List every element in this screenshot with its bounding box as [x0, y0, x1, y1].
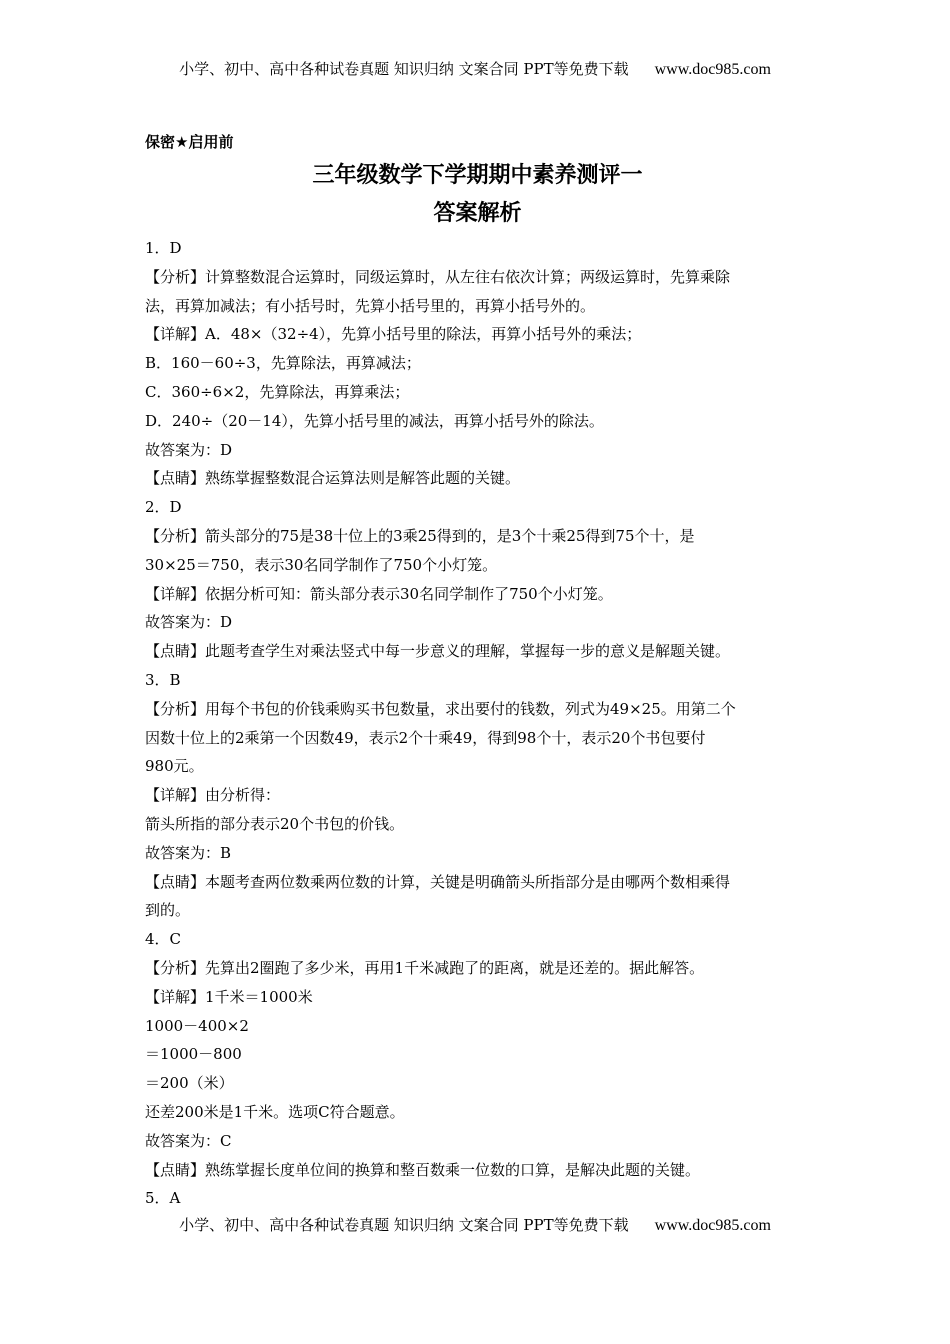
footer-banner: 小学、初中、高中各种试卷真题 知识归纳 文案合同 PPT等免费下载: [179, 1216, 629, 1234]
text-line: 【点睛】熟练掌握整数混合运算法则是解答此题的关键。: [145, 464, 810, 493]
header-site-link[interactable]: www.doc985.com: [655, 61, 771, 78]
text-line: 3．B: [145, 666, 810, 695]
footer-site-link[interactable]: www.doc985.com: [655, 1217, 771, 1234]
page-footer: 小学、初中、高中各种试卷真题 知识归纳 文案合同 PPT等免费下载www.doc…: [0, 1214, 950, 1235]
text-line: 【分析】箭头部分的75是38十位上的3乘25得到的，是3个十乘25得到75个十，…: [145, 522, 810, 551]
text-line: 980元。: [145, 752, 810, 781]
text-line: 1．D: [145, 234, 810, 263]
text-line: ＝200（米）: [145, 1069, 810, 1098]
text-line: 【点睛】本题考查两位数乘两位数的计算，关键是明确箭头所指部分是由哪两个数相乘得: [145, 868, 810, 897]
text-line: 30×25＝750，表示30名同学制作了750个小灯笼。: [145, 551, 810, 580]
text-line: B．160－60÷3，先算除法，再算减法；: [145, 349, 810, 378]
document-title: 三年级数学下学期期中素养测评一: [145, 158, 810, 194]
text-line: 故答案为：B: [145, 839, 810, 868]
secret-label: 保密★启用前: [145, 130, 810, 154]
text-line: 【点睛】熟练掌握长度单位间的换算和整百数乘一位数的口算，是解决此题的关键。: [145, 1156, 810, 1185]
text-line: 【分析】用每个书包的价钱乘购买书包数量，求出要付的钱数，列式为49×25。用第二…: [145, 695, 810, 724]
text-line: 故答案为：D: [145, 608, 810, 637]
text-line: 2．D: [145, 493, 810, 522]
text-line: 因数十位上的2乘第一个因数49，表示2个十乘49，得到98个十，表示20个书包要…: [145, 724, 810, 753]
header-banner: 小学、初中、高中各种试卷真题 知识归纳 文案合同 PPT等免费下载: [179, 60, 629, 78]
document-subtitle: 答案解析: [145, 194, 810, 234]
text-line: 【详解】A．48×（32÷4），先算小括号里的除法，再算小括号外的乘法；: [145, 320, 810, 349]
text-line: 箭头所指的部分表示20个书包的价钱。: [145, 810, 810, 839]
text-line: 故答案为：D: [145, 436, 810, 465]
text-line: 故答案为：C: [145, 1127, 810, 1156]
answer-lines: 1．D【分析】计算整数混合运算时，同级运算时，从左往右依次计算；两级运算时，先算…: [145, 234, 810, 1213]
text-line: 【分析】先算出2圈跑了多少米，再用1千米减跑了的距离，就是还差的。据此解答。: [145, 954, 810, 983]
text-line: ＝1000－800: [145, 1040, 810, 1069]
document-body: 保密★启用前 三年级数学下学期期中素养测评一 答案解析 1．D【分析】计算整数混…: [145, 130, 810, 1213]
text-line: 【点睛】此题考查学生对乘法竖式中每一步意义的理解，掌握每一步的意义是解题关键。: [145, 637, 810, 666]
text-line: 5．A: [145, 1184, 810, 1213]
text-line: C．360÷6×2，先算除法，再算乘法；: [145, 378, 810, 407]
text-line: 【详解】1千米＝1000米: [145, 983, 810, 1012]
page-header: 小学、初中、高中各种试卷真题 知识归纳 文案合同 PPT等免费下载www.doc…: [0, 58, 950, 79]
text-line: 4．C: [145, 925, 810, 954]
text-line: 法，再算加减法；有小括号时，先算小括号里的，再算小括号外的。: [145, 292, 810, 321]
text-line: 还差200米是1千米。选项C符合题意。: [145, 1098, 810, 1127]
text-line: D．240÷（20－14），先算小括号里的减法，再算小括号外的除法。: [145, 407, 810, 436]
text-line: 到的。: [145, 896, 810, 925]
text-line: 1000－400×2: [145, 1012, 810, 1041]
text-line: 【详解】依据分析可知：箭头部分表示30名同学制作了750个小灯笼。: [145, 580, 810, 609]
text-line: 【详解】由分析得：: [145, 781, 810, 810]
text-line: 【分析】计算整数混合运算时，同级运算时，从左往右依次计算；两级运算时，先算乘除: [145, 263, 810, 292]
